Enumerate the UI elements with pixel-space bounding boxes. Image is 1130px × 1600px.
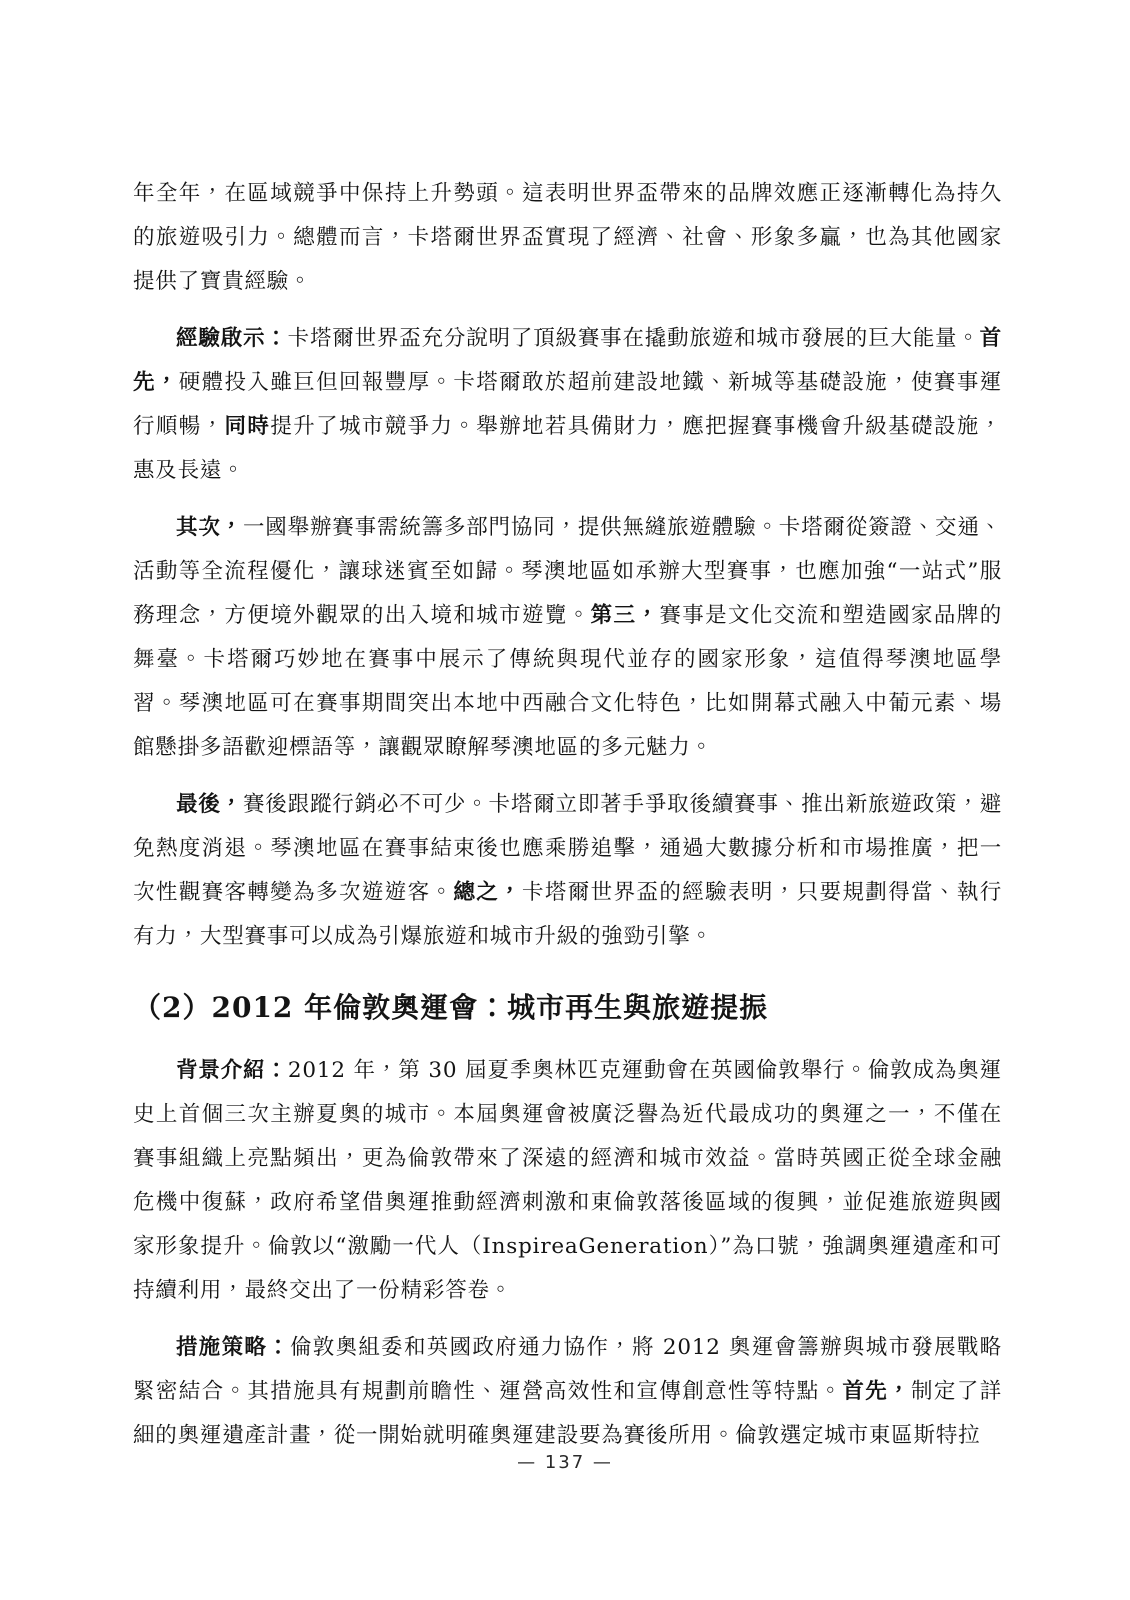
paragraph-continuation: 年全年，在區域競爭中保持上升勢頭。這表明世界盃帶來的品牌效應正逐漸轉化為持久的旅… xyxy=(133,172,1002,304)
paragraph-background-intro: 背景介紹：2012 年，第 30 屆夏季奧林匹克運動會在英國倫敦舉行。倫敦成為奧… xyxy=(133,1049,1002,1313)
text-segment: 總之， xyxy=(453,880,522,905)
text-segment: 卡塔爾世界盃充分說明了頂級賽事在撬動旅遊和城市發展的巨大能量。 xyxy=(288,326,980,351)
text-segment: 年全年，在區域競爭中保持上升勢頭。這表明世界盃帶來的品牌效應正逐漸轉化為持久的旅… xyxy=(133,181,1002,294)
text-segment: 其次， xyxy=(176,515,243,540)
section-heading-london-2012: （2）2012 年倫敦奧運會：城市再生與旅遊提振 xyxy=(133,988,1002,1028)
text-segment: 第三， xyxy=(591,603,660,628)
text-segment: 2012 年，第 30 屆夏季奧林匹克運動會在英國倫敦舉行。倫敦成為奧運史上首個… xyxy=(133,1058,1002,1303)
page-number: — 137 — xyxy=(0,1452,1130,1473)
text-block: 年全年，在區域競爭中保持上升勢頭。這表明世界盃帶來的品牌效應正逐漸轉化為持久的旅… xyxy=(133,172,1002,1471)
text-segment: 首先， xyxy=(842,1379,911,1404)
paragraph-finally: 最後，賽後跟蹤行銷必不可少。卡塔爾立即著手爭取後續賽事、推出新旅遊政策，避免熱度… xyxy=(133,783,1002,959)
text-segment: 背景介紹： xyxy=(176,1058,288,1083)
paragraph-experience-lessons: 經驗啟示：卡塔爾世界盃充分說明了頂級賽事在撬動旅遊和城市發展的巨大能量。首先，硬… xyxy=(133,317,1002,493)
text-segment: 經驗啟示： xyxy=(176,326,288,351)
text-segment: 措施策略： xyxy=(176,1335,290,1360)
paragraph-measures-strategy: 措施策略：倫敦奧組委和英國政府通力協作，將 2012 奧運會籌辦與城市發展戰略緊… xyxy=(133,1326,1002,1458)
text-segment: 同時 xyxy=(225,414,271,439)
text-segment: 最後， xyxy=(176,792,243,817)
paragraph-secondly: 其次，一國舉辦賽事需統籌多部門協同，提供無縫旅遊體驗。卡塔爾從簽證、交通、活動等… xyxy=(133,506,1002,770)
document-page: 年全年，在區域競爭中保持上升勢頭。這表明世界盃帶來的品牌效應正逐漸轉化為持久的旅… xyxy=(0,0,1130,1600)
